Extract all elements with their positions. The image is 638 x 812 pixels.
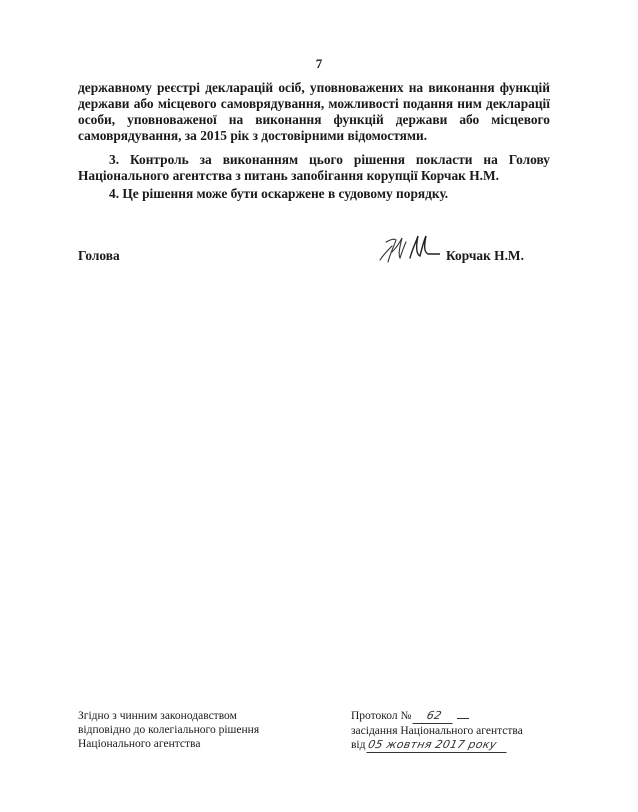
body-item-3: 3. Контроль за виконанням цього рішення … (78, 152, 550, 184)
handwritten-signature-icon (376, 232, 440, 266)
footer-left-line: відповідно до колегіального рішення (78, 723, 259, 737)
signer-name: Корчак Н.М. (446, 248, 524, 264)
signatory-role: Голова (78, 248, 120, 264)
protocol-number: 62 (413, 709, 456, 724)
protocol-blank-line (457, 718, 469, 719)
date-line: від 05 жовтня 2017 року (351, 738, 523, 753)
session-line: засідання Національного агентства (351, 724, 523, 738)
protocol-label: Протокол № (351, 710, 411, 722)
footer-left-line: Національного агентства (78, 737, 259, 751)
body-paragraph-continuation: державному реєстрі декларацій осіб, упов… (78, 80, 550, 144)
footer-left-line: Згідно з чинним законодавством (78, 709, 259, 723)
footer-legal-note: Згідно з чинним законодавством відповідн… (78, 709, 259, 751)
protocol-line: Протокол № 62 (351, 709, 523, 724)
footer-protocol: Протокол № 62 засідання Національного аг… (351, 709, 523, 753)
signature-block: Голова Корчак Н.М. (78, 248, 550, 268)
page-number: 7 (0, 56, 638, 72)
date-handwritten: 05 жовтня 2017 року (367, 738, 510, 753)
body-item-4: 4. Це рішення може бути оскаржене в судо… (78, 186, 550, 202)
date-label: від (351, 739, 365, 751)
